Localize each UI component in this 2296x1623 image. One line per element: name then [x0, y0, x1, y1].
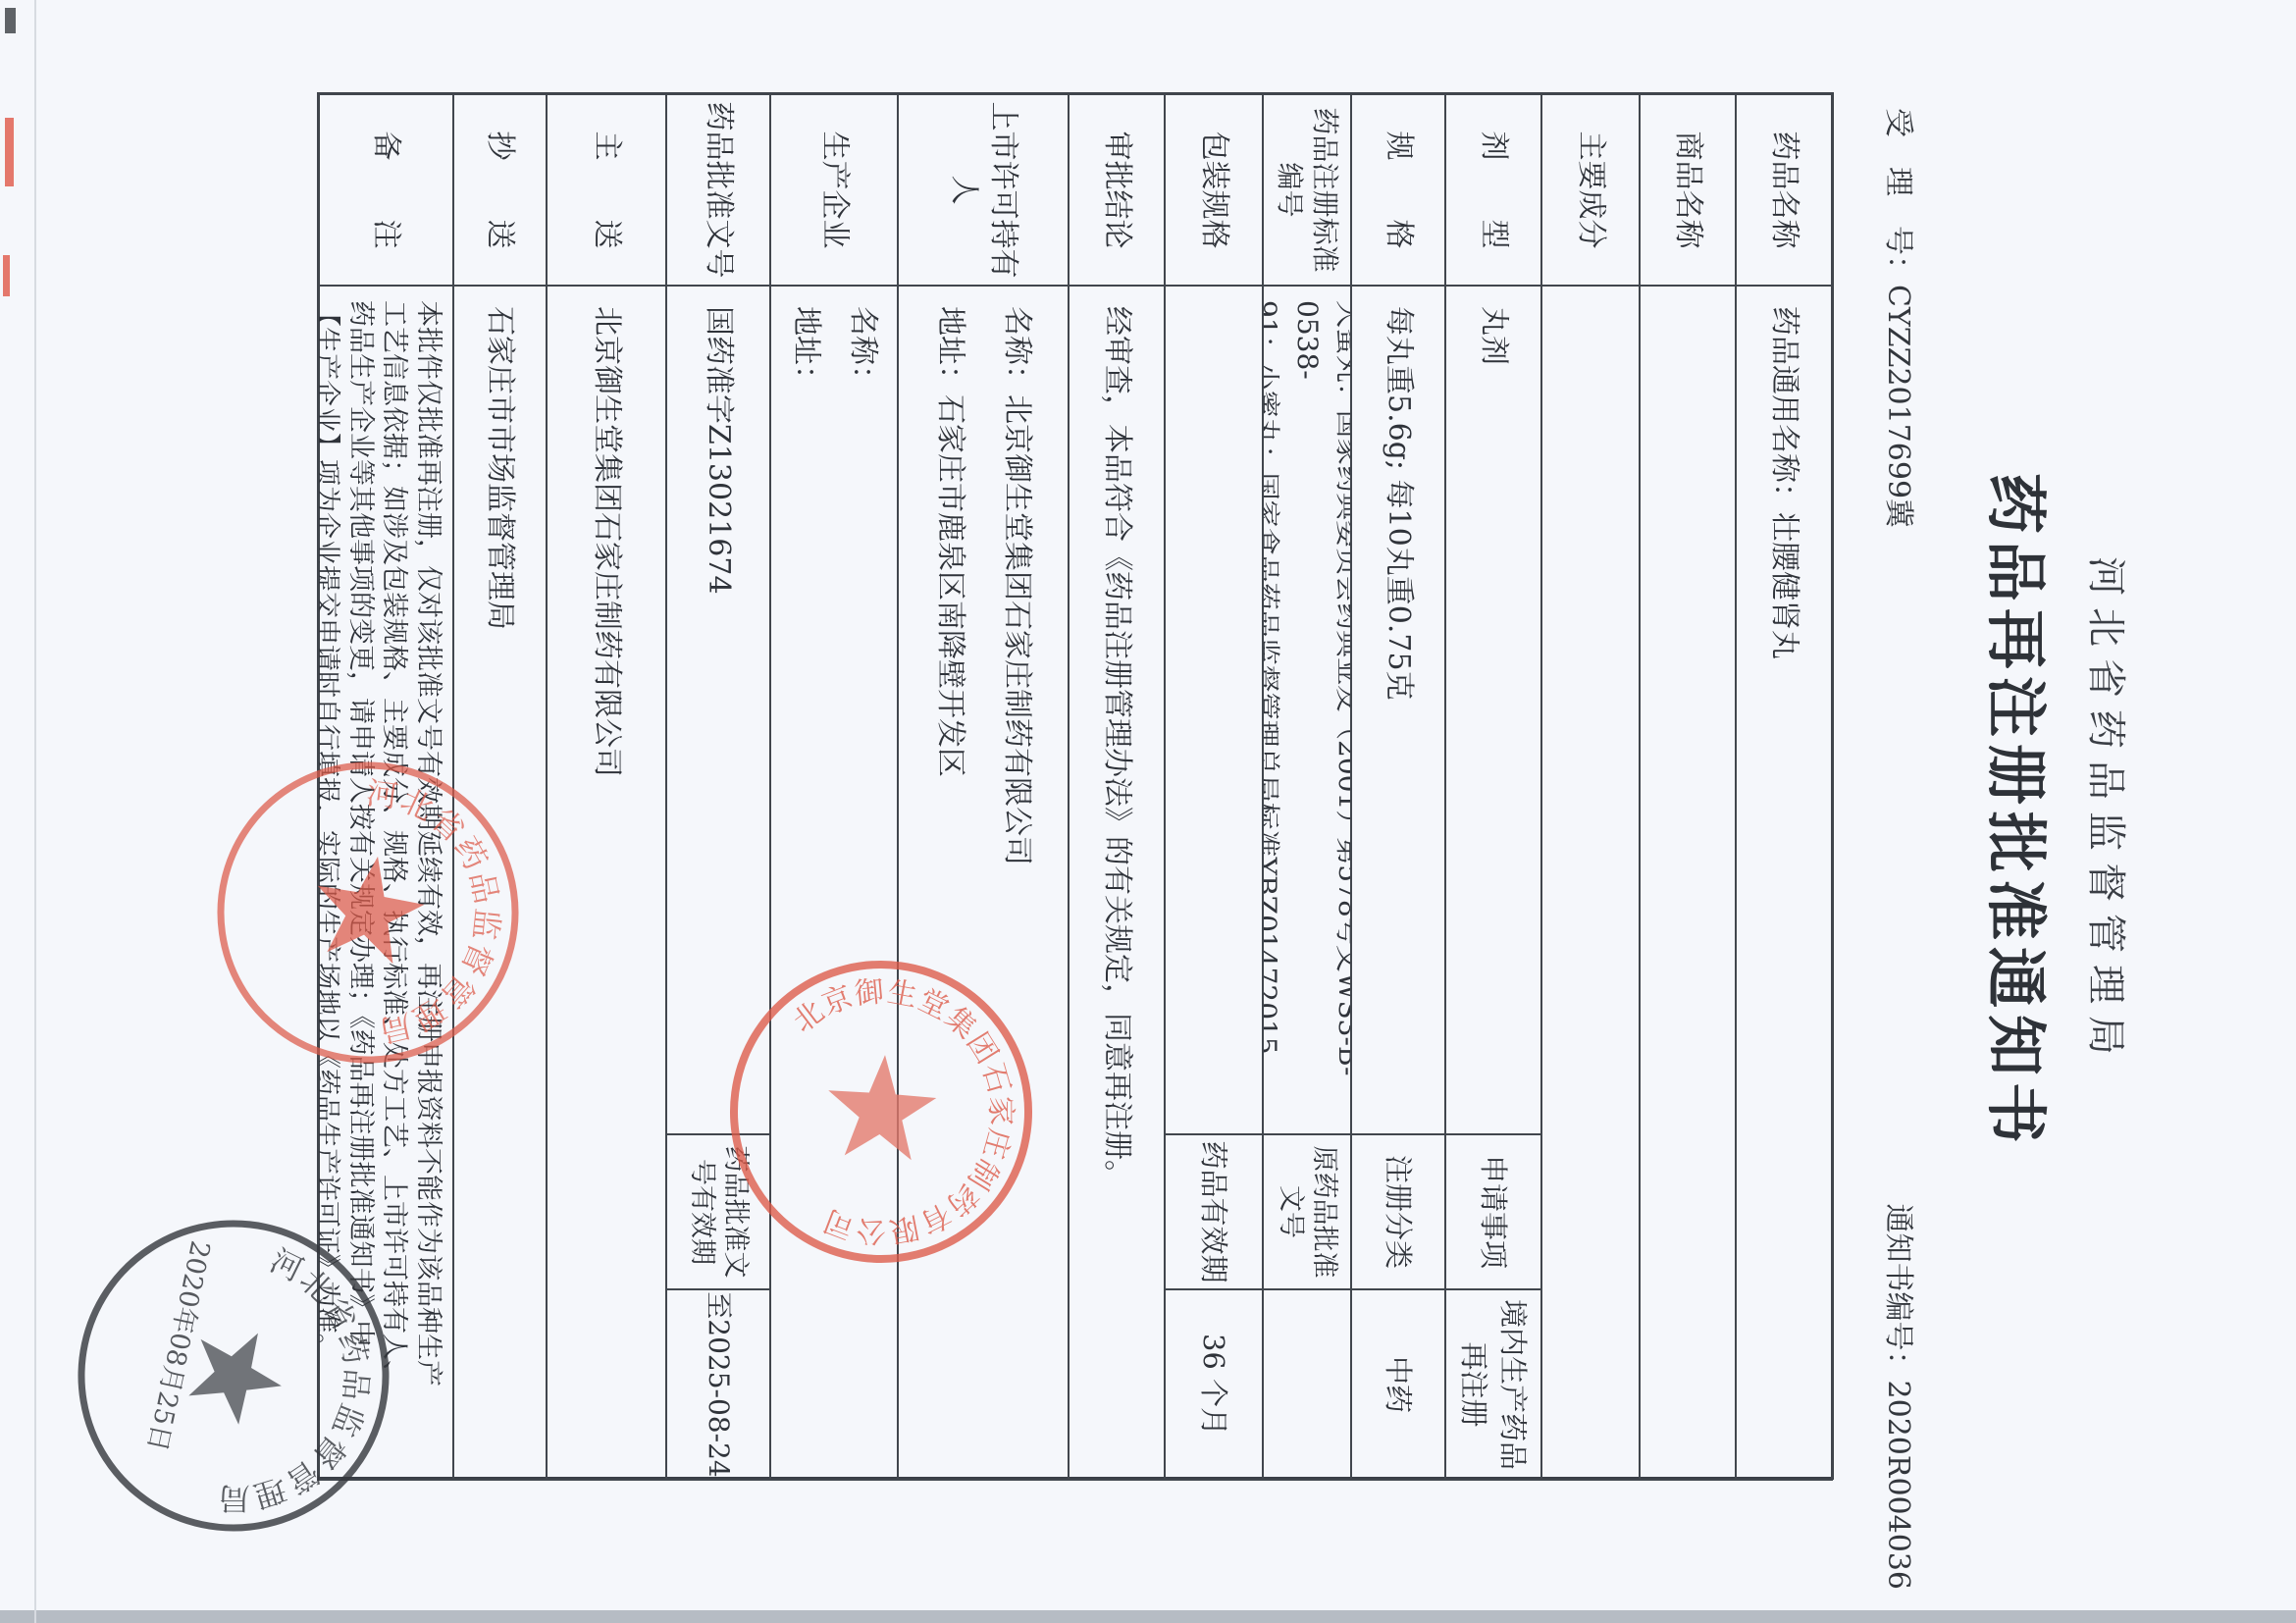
- row-approval-no-label: 药品批准文号: [665, 93, 771, 287]
- row-mah-label: 上市许可持有 人: [897, 93, 1070, 287]
- registration-class-label: 注册分类: [1350, 1133, 1446, 1290]
- row-drug-name-value: 药品通用名称：壮腰健肾丸: [1735, 285, 1833, 1481]
- row-standard-no-value: 大蜜丸：国家药典委员会药典业发（2001）第578号文WS3-B-0538- 9…: [1262, 285, 1352, 1135]
- row-conclusion-value: 经审查，本品符合《药品注册管理办法》的有关规定，同意再注册。: [1068, 285, 1166, 1481]
- row-standard-no-label: 药品注册标准 编号: [1262, 93, 1352, 287]
- copy-seal-star-icon: [185, 1322, 291, 1432]
- copy-seal-date: 2020年08月25日: [141, 1238, 216, 1454]
- reference-numbers: 受 理 号：CYZZ2017699冀 通知书编号：2020R004036: [1880, 108, 1923, 1590]
- scan-dark-mark: [5, 8, 16, 33]
- row-main-recipient-label: 主 送: [546, 93, 667, 287]
- scan-line-artifact: [34, 0, 36, 1623]
- mah-name-line: 名称：北京御生堂集团石家庄制药有限公司: [997, 306, 1036, 1479]
- shelf-life-label: 药品有效期: [1164, 1133, 1264, 1290]
- row-package-spec-label: 包装规格: [1164, 93, 1264, 287]
- scan-edge-shadow: [0, 1610, 2296, 1623]
- row-trade-name-value: [1639, 285, 1737, 1481]
- scanned-approval-notice: 河北省药品监督管理局 药品再注册批准通知书 受 理 号：CYZZ2017699冀…: [0, 0, 2296, 1623]
- original-approval-no-label: 原药品批准 文号: [1262, 1133, 1352, 1290]
- shelf-life-value: 36 个月: [1164, 1288, 1264, 1481]
- row-dosage-form-value: 丸剂: [1444, 285, 1542, 1135]
- scan-red-mark: [5, 118, 14, 186]
- row-cc-label: 抄 送: [452, 93, 548, 287]
- row-trade-name-label: 商品名称: [1639, 93, 1737, 287]
- application-type-label: 申请事项: [1444, 1133, 1542, 1290]
- row-main-ingredients-label: 主要成分: [1540, 93, 1641, 287]
- row-mah-value: 名称：北京御生堂集团石家庄制药有限公司 地址：石家庄市鹿泉区南降壁开发区: [897, 285, 1070, 1481]
- notice-number-value: 2020R004036: [1881, 1381, 1915, 1590]
- acceptance-number: 受 理 号：CYZZ2017699冀: [1880, 108, 1923, 528]
- approval-no-validity-value: 至2025-08-24: [665, 1288, 771, 1481]
- application-type-value: 境内生产药品 再注册: [1444, 1288, 1542, 1481]
- acceptance-number-label: 受 理 号：: [1881, 108, 1915, 285]
- row-cc-value: 石家庄市市场监督管理局: [452, 285, 548, 1481]
- row-main-recipient-value: 北京御生堂集团石家庄制药有限公司: [546, 285, 667, 1481]
- acceptance-number-value: CYZZ2017699冀: [1881, 285, 1915, 528]
- original-approval-no-value: [1262, 1288, 1352, 1481]
- row-conclusion-label: 审批结论: [1068, 93, 1166, 287]
- row-dosage-form-label: 剂 型: [1444, 93, 1542, 287]
- row-remarks-value: 本批件仅批准再注册，仅对该批准文号有效期延续有效，再注册申报资料不能作为该品种生…: [317, 285, 454, 1481]
- document-title: 药品再注册批准通知书: [1977, 0, 2064, 1623]
- row-manufacturer-label: 生产企业: [769, 93, 899, 287]
- notice-number-label: 通知书编号：: [1881, 1204, 1915, 1381]
- manufacturer-name-line: 名称：: [843, 306, 882, 1479]
- row-spec-value: 每丸重5.6g; 每10丸重0.75克: [1350, 285, 1446, 1135]
- row-manufacturer-value: 名称： 地址：: [769, 285, 899, 1481]
- issuing-agency: 河北省药品监督管理局: [2081, 0, 2137, 1623]
- row-main-ingredients-value: [1540, 285, 1641, 1481]
- manufacturer-address-line: 地址：: [786, 306, 825, 1479]
- mah-address-line: 地址：石家庄市鹿泉区南降壁开发区: [930, 306, 969, 1479]
- approval-no-validity-label: 药品批准文 号有效期: [665, 1133, 771, 1290]
- document-page: 河北省药品监督管理局 药品再注册批准通知书 受 理 号：CYZZ2017699冀…: [0, 0, 2296, 1623]
- row-package-spec-value: [1164, 285, 1264, 1135]
- row-remarks-label: 备 注: [317, 93, 454, 287]
- row-spec-label: 规 格: [1350, 93, 1446, 287]
- row-approval-no-value: 国药准字Z13021674: [665, 285, 771, 1135]
- row-drug-name-label: 药品名称: [1735, 93, 1833, 287]
- notice-number: 通知书编号：2020R004036: [1880, 1204, 1923, 1590]
- scan-red-mark: [3, 255, 10, 296]
- registration-class-value: 中药: [1350, 1288, 1446, 1481]
